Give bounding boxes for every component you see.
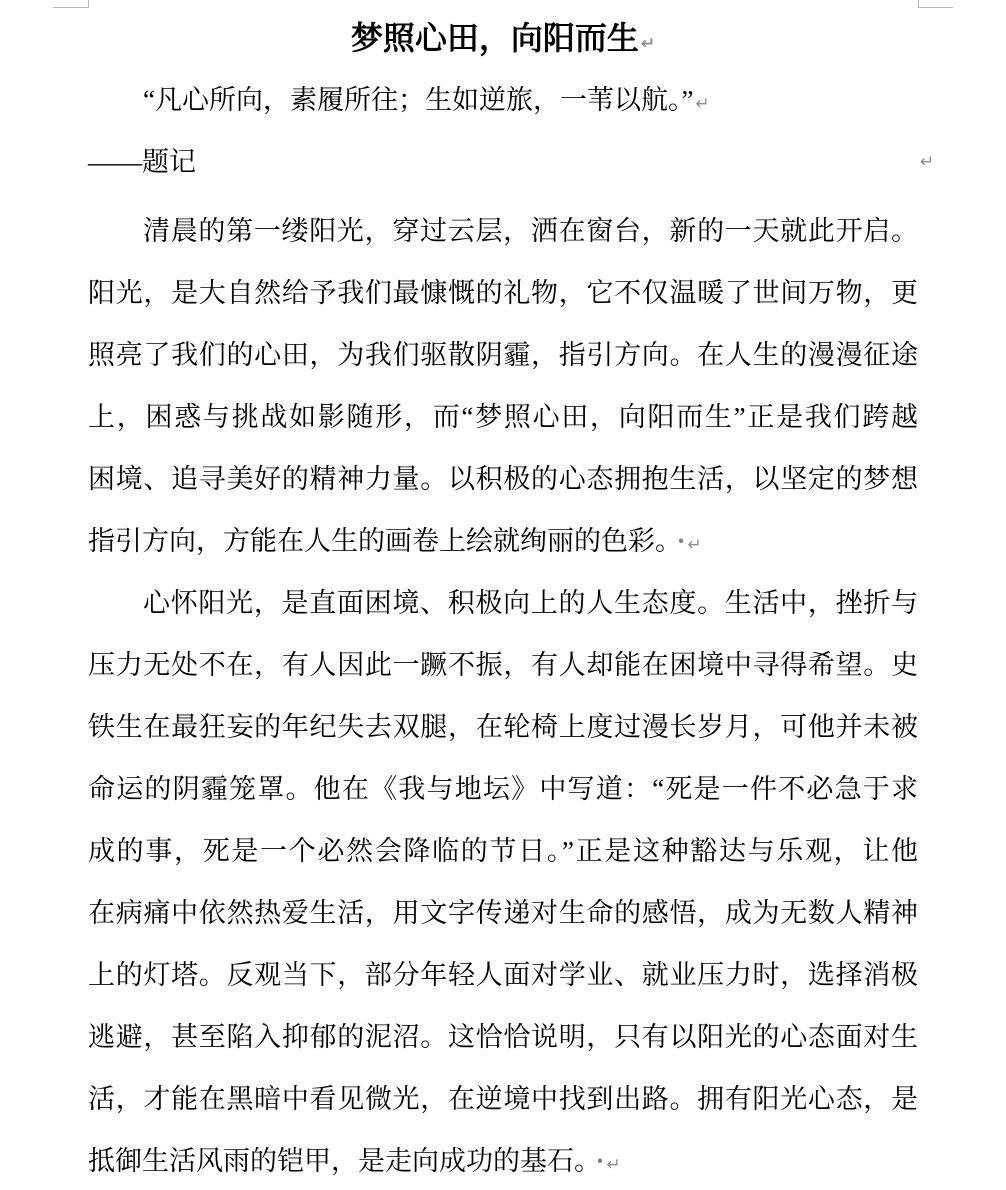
text-line-content: 成的事，死是一个必然会降临的节日。”正是这种豁达与乐观，让他 bbox=[88, 836, 918, 866]
paragraphs: 清晨的第一缕阳光，穿过云层，洒在窗台，新的一天就此开启。阳光，是大自然给予我们最… bbox=[88, 200, 918, 1190]
text-line-content: 铁生在最狂妄的年纪失去双腿，在轮椅上度过漫长岁月，可他并未被 bbox=[88, 712, 918, 742]
paragraph-mark: ↵ bbox=[607, 1155, 621, 1175]
paragraph: 心怀阳光，是直面困境、积极向上的人生态度。生活中，挫折与压力无处不在，有人因此一… bbox=[88, 572, 918, 1190]
crop-mark-top-right-h bbox=[918, 7, 953, 8]
text-line-content: 心怀阳光，是直面困境、积极向上的人生态度。生活中，挫折与 bbox=[143, 588, 918, 618]
paragraph-mark: ↵ bbox=[920, 131, 934, 193]
paragraph: 清晨的第一缕阳光，穿过云层，洒在窗台，新的一天就此开启。阳光，是大自然给予我们最… bbox=[88, 200, 918, 572]
paragraph-mark: ↵ bbox=[641, 34, 655, 54]
text-line-content: 命运的阴霾笼罩。他在《我与地坛》中写道：“死是一件不必急于求 bbox=[88, 774, 918, 804]
document-page: 梦照心田，向阳而生↵ “凡心所向，素履所往；生如逆旅，一苇以航。”↵ ——题记↵… bbox=[0, 0, 1006, 1190]
text-line[interactable]: 命运的阴霾笼罩。他在《我与地坛》中写道：“死是一件不必急于求 bbox=[88, 758, 918, 820]
text-line-content: 照亮了我们的心田，为我们驱散阴霾，指引方向。在人生的漫漫征途 bbox=[88, 340, 918, 370]
text-line[interactable]: 指引方向，方能在人生的画卷上绘就绚丽的色彩。·↵ bbox=[88, 510, 918, 572]
text-line[interactable]: 上的灯塔。反观当下，部分年轻人面对学业、就业压力时，选择消极 bbox=[88, 944, 918, 1006]
epigraph-quote-line[interactable]: “凡心所向，素履所往；生如逆旅，一苇以航。”↵ bbox=[88, 69, 918, 131]
text-line-content: 指引方向，方能在人生的画卷上绘就绚丽的色彩。 bbox=[88, 526, 669, 556]
text-line[interactable]: 照亮了我们的心田，为我们驱散阴霾，指引方向。在人生的漫漫征途 bbox=[88, 324, 918, 386]
space-mark: · bbox=[677, 526, 686, 556]
text-line[interactable]: 逃避，甚至陷入抑郁的泥沼。这恰恰说明，只有以阳光的心态面对生 bbox=[88, 1006, 918, 1068]
text-area: 梦照心田，向阳而生↵ “凡心所向，素履所往；生如逆旅，一苇以航。”↵ ——题记↵… bbox=[88, 7, 918, 1190]
text-line[interactable]: 困境、追寻美好的精神力量。以积极的心态拥抱生活，以坚定的梦想 bbox=[88, 448, 918, 510]
text-line[interactable]: 上，困惑与挑战如影随形，而“梦照心田，向阳而生”正是我们跨越 bbox=[88, 386, 918, 448]
text-line[interactable]: 抵御生活风雨的铠甲，是走向成功的基石。·↵ bbox=[88, 1130, 918, 1190]
space-mark: · bbox=[596, 1146, 605, 1176]
text-line-content: 上的灯塔。反观当下，部分年轻人面对学业、就业压力时，选择消极 bbox=[88, 960, 918, 990]
text-line[interactable]: 在病痛中依然热爱生活，用文字传递对生命的感悟，成为无数人精神 bbox=[88, 882, 918, 944]
text-line[interactable]: 心怀阳光，是直面困境、积极向上的人生态度。生活中，挫折与 bbox=[88, 572, 918, 634]
text-line-content: 抵御生活风雨的铠甲，是走向成功的基石。 bbox=[88, 1146, 588, 1176]
text-line-content: 阳光，是大自然给予我们最慷慨的礼物，它不仅温暖了世间万物，更 bbox=[88, 278, 918, 308]
text-line-content: 清晨的第一缕阳光，穿过云层，洒在窗台，新的一天就此开启。 bbox=[143, 216, 918, 246]
text-line[interactable]: 成的事，死是一个必然会降临的节日。”正是这种豁达与乐观，让他 bbox=[88, 820, 918, 882]
paragraph-mark: ↵ bbox=[688, 535, 702, 555]
text-line[interactable]: 铁生在最狂妄的年纪失去双腿，在轮椅上度过漫长岁月，可他并未被 bbox=[88, 696, 918, 758]
text-line[interactable]: 压力无处不在，有人因此一蹶不振，有人却能在困境中寻得希望。史 bbox=[88, 634, 918, 696]
text-line-content: 在病痛中依然热爱生活，用文字传递对生命的感悟，成为无数人精神 bbox=[88, 898, 918, 928]
paragraph-mark: ↵ bbox=[695, 94, 709, 114]
text-line-content: 困境、追寻美好的精神力量。以积极的心态拥抱生活，以坚定的梦想 bbox=[88, 464, 918, 494]
text-line-content: 逃避，甚至陷入抑郁的泥沼。这恰恰说明，只有以阳光的心态面对生 bbox=[88, 1022, 918, 1052]
epigraph-quote-text: “凡心所向，素履所往；生如逆旅，一苇以航。” bbox=[143, 85, 693, 115]
epigraph-attribution-text: ——题记 bbox=[88, 147, 196, 177]
text-line[interactable]: 阳光，是大自然给予我们最慷慨的礼物，它不仅温暖了世间万物，更 bbox=[88, 262, 918, 324]
text-line[interactable]: 清晨的第一缕阳光，穿过云层，洒在窗台，新的一天就此开启。 bbox=[88, 200, 918, 262]
document-title-text: 梦照心田，向阳而生 bbox=[351, 20, 639, 56]
text-line[interactable]: 活，才能在黑暗中看见微光，在逆境中找到出路。拥有阳光心态，是 bbox=[88, 1068, 918, 1130]
epigraph-attribution-line[interactable]: ——题记↵ bbox=[88, 131, 918, 193]
text-line-content: 压力无处不在，有人因此一蹶不振，有人却能在困境中寻得希望。史 bbox=[88, 650, 918, 680]
crop-mark-top-right-v bbox=[918, 0, 919, 8]
document-title[interactable]: 梦照心田，向阳而生↵ bbox=[88, 7, 918, 69]
text-line-content: 上，困惑与挑战如影随形，而“梦照心田，向阳而生”正是我们跨越 bbox=[88, 402, 918, 432]
crop-mark-top-left-h bbox=[53, 7, 88, 8]
text-line-content: 活，才能在黑暗中看见微光，在逆境中找到出路。拥有阳光心态，是 bbox=[88, 1084, 918, 1114]
